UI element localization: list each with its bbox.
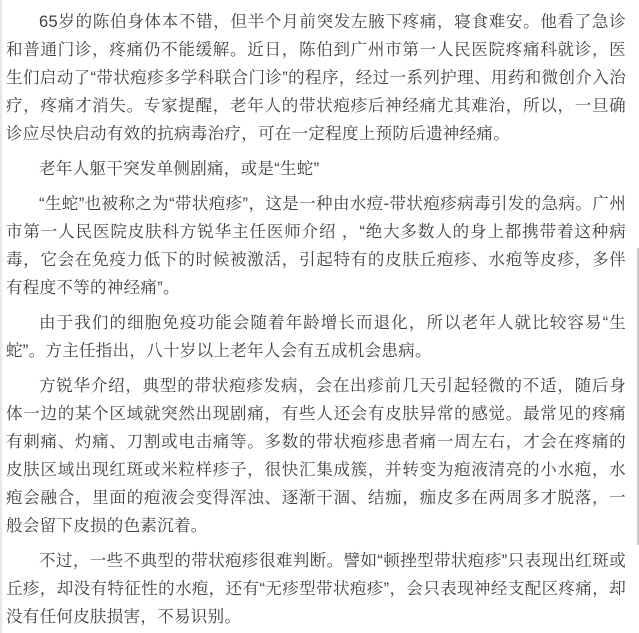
page-left-edge-shadow [0, 0, 3, 633]
article-subheading: 老年人躯干突发单侧剧痛，或是“生蛇” [6, 155, 626, 183]
article-body: 65岁的陈伯身体本不错，但半个月前突发左腋下疼痛，寝食难安。他看了急诊和普通门诊… [6, 8, 626, 633]
article-page: 65岁的陈伯身体本不错，但半个月前突发左腋下疼痛，寝食难安。他看了急诊和普通门诊… [0, 0, 639, 633]
article-paragraph-definition: “生蛇”也被称之为“带状疱疹”，这是一种由水痘-带状疱疹病毒引发的急病。广州市第… [6, 190, 626, 302]
article-paragraph-atypical: 不过，一些不典型的带状疱疹很难判断。譬如“顿挫型带状疱疹”只表现出红斑或丘疹，却… [6, 547, 626, 631]
article-paragraph-symptoms: 方锐华介绍，典型的带状疱疹发病，会在出疹前几天引起轻微的不适，随后身体一边的某个… [6, 372, 626, 540]
article-paragraph-intro: 65岁的陈伯身体本不错，但半个月前突发左腋下疼痛，寝食难安。他看了急诊和普通门诊… [6, 8, 626, 148]
article-paragraph-risk: 由于我们的细胞免疫功能会随着年龄增长而退化，所以老年人就比较容易“生蛇”。方主任… [6, 309, 626, 365]
